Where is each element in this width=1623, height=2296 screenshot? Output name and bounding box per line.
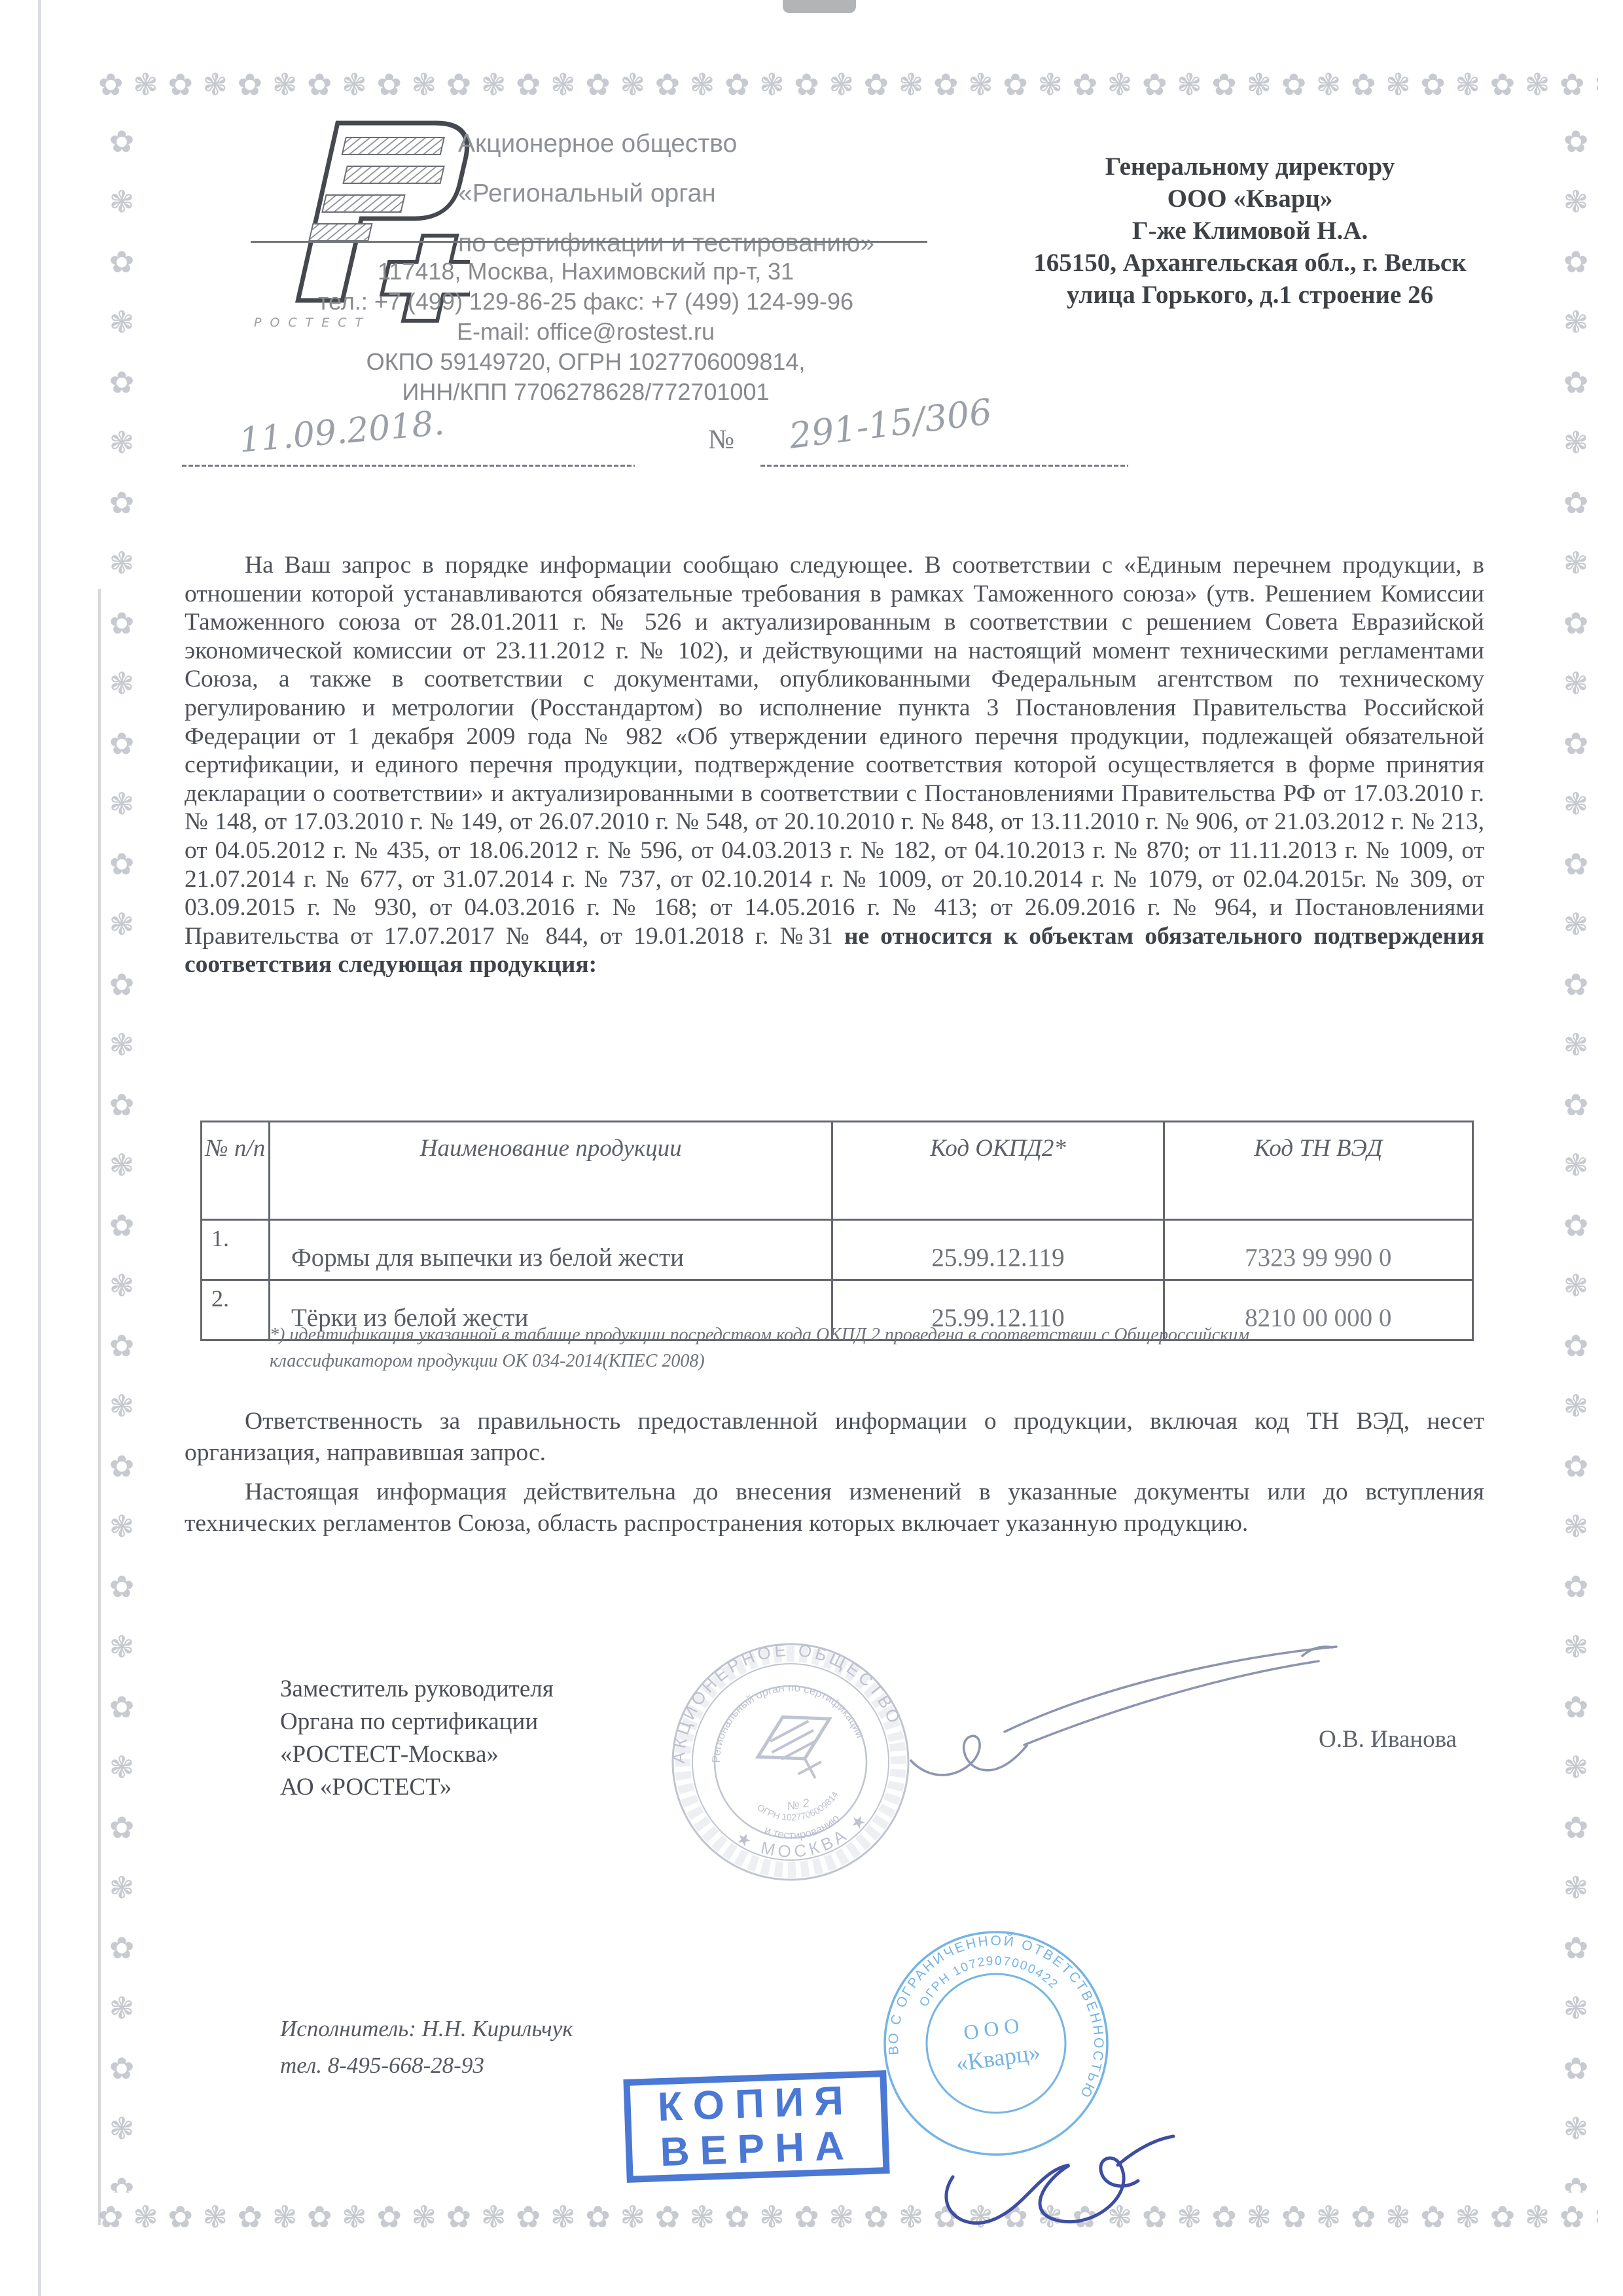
body-paragraph-3: Настоящая информация действительна до вн… [185,1477,1484,1539]
date-underline [182,465,635,467]
scanned-letter-page: { "letterhead": { "org_type": "Акционерн… [0,0,1623,2296]
rostest-round-stamp: АКЦИОНЕРНОЕ ОБЩЕСТВО ★ МОСКВА ★ Регионал… [660,1631,921,1893]
row-num: 1. [202,1220,270,1280]
executor-block: Исполнитель: Н.Н. Кирильчук тел. 8-495-6… [280,2011,573,2084]
copy-verna-stamp: КОПИЯ ВЕРНА [623,2070,889,2183]
scan-fold-line [98,589,101,2225]
recipient-line: Генеральному директору [995,151,1505,183]
row-tnved-code: 7323 99 990 0 [1164,1220,1473,1280]
executor-phone: тел. 8-495-668-28-93 [280,2047,573,2084]
table-row: 1. Формы для выпечки из белой жести 25.9… [202,1220,1473,1280]
row-product-name: Формы для выпечки из белой жести [269,1220,832,1280]
body-paragraph-1: На Ваш запрос в порядке информации сообщ… [185,551,1484,979]
scan-edge-line [38,0,41,2296]
recipient-line: улица Горького, д.1 строение 26 [995,279,1505,311]
row-okpd2-code: 25.99.12.119 [832,1220,1164,1280]
body-paragraph-2: Ответственность за правильность предоста… [185,1406,1484,1469]
letterhead-org-block: Акционерное общество «Региональный орган… [458,119,916,268]
letterhead-phone-fax: тел.: +7 (499) 129-86-25 факс: +7 (499) … [177,287,995,317]
ornamental-border-bottom: ✿ ❃ ✿ ❃ ✿ ❃ ✿ ❃ ✿ ❃ ✿ ❃ ✿ ❃ ✿ ❃ ✿ ❃ ✿ ❃ … [98,2195,1598,2238]
number-underline [760,465,1128,467]
column-header-okpd2: Код ОКПД2* [832,1122,1164,1220]
products-table: № п/п Наименование продукции Код ОКПД2* … [200,1121,1474,1341]
letterhead-email: E-mail: office@rostest.ru [177,317,995,347]
recipient-line: Г-же Климовой Н.А. [995,215,1505,247]
handwritten-date: 11.09.2018. [238,403,446,460]
letterhead-okpo-ogrn: ОКПО 59149720, ОГРН 1027706009814, [177,347,995,377]
letterhead-inn-kpp: ИНН/КПП 7706278628/772701001 [177,377,995,407]
recipient-line: ООО «Кварц» [995,183,1505,215]
table-footnote: *) идентификация указанной в таблице про… [270,1322,1382,1374]
kvarts-stamp-center-line1: ООО [962,2013,1026,2045]
body-paragraph-1-text: На Ваш запрос в порядке информации сообщ… [185,552,1484,950]
scan-smudge [783,0,856,13]
director-signature-stroke [883,1615,1355,1805]
copy-stamp-line2: ВЕРНА [632,2122,883,2176]
org-name-line1: «Региональный орган [458,169,916,219]
body-paragraphs-2-3: Ответственность за правильность предоста… [185,1406,1484,1547]
letterhead-divider [251,241,927,243]
column-header-name: Наименование продукции [269,1122,832,1220]
ornamental-border-top: ✿ ❃ ✿ ❃ ✿ ❃ ✿ ❃ ✿ ❃ ✿ ❃ ✿ ❃ ✿ ❃ ✿ ❃ ✿ ❃ … [98,63,1598,106]
column-header-num: № п/п [202,1122,270,1220]
letterhead-contacts: 117418, Москва, Нахимовский пр-т, 31 тел… [177,257,995,407]
number-sign-label: № [708,424,734,456]
org-type: Акционерное общество [458,119,916,169]
table-header-row: № п/п Наименование продукции Код ОКПД2* … [202,1122,1473,1220]
column-header-tnved: Код ТН ВЭД [1164,1122,1473,1220]
ornamental-border-right: ✿ ❃ ✿ ❃ ✿ ❃ ✿ ❃ ✿ ❃ ✿ ❃ ✿ ❃ ✿ ❃ ✿ ❃ ✿ ❃ … [1552,111,1599,2193]
kvarts-stamp-center-line2: «Кварц» [954,2039,1042,2077]
row-num: 2. [202,1280,270,1340]
kvarts-signature-stroke [921,2119,1183,2244]
letterhead-address: 117418, Москва, Нахимовский пр-т, 31 [177,257,995,287]
ornamental-border-left: ✿ ❃ ✿ ❃ ✿ ❃ ✿ ❃ ✿ ❃ ✿ ❃ ✿ ❃ ✿ ❃ ✿ ❃ ✿ ❃ … [98,111,145,2193]
recipient-block: Генеральному директору ООО «Кварц» Г-же … [995,151,1505,311]
recipient-line: 165150, Архангельская обл., г. Вельск [995,247,1505,279]
executor-name: Исполнитель: Н.Н. Кирильчук [280,2011,573,2047]
